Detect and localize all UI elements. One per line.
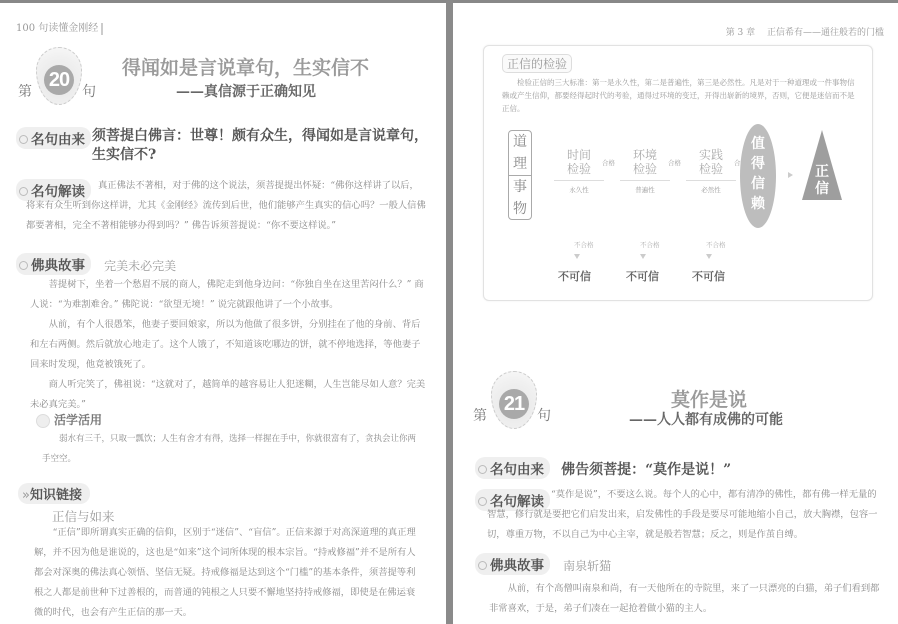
fail-label: 不合格 <box>706 240 726 249</box>
check-practice: 实践 检验 必然性 <box>690 148 732 197</box>
check-time: 时间 检验 永久性 <box>558 148 600 197</box>
box-text: 检验正信的三大标准：第一是永久性，第二是普遍性，第三是必然性。凡是对于一种道理或… <box>502 76 858 115</box>
story-label: 佛典故事 <box>16 253 91 275</box>
running-head: 100 句读懂金刚经 <box>16 19 103 35</box>
origin-label: 名句由来 <box>16 127 91 149</box>
box-title: 正信的检验 <box>502 54 572 73</box>
arrow-down-icon <box>574 254 580 259</box>
badge-prefix: 第 <box>473 405 487 425</box>
not-credible-label: 不可信 <box>692 268 725 284</box>
bullet-circle-icon <box>478 465 487 474</box>
not-credible-label: 不可信 <box>558 268 591 284</box>
double-chevron-icon: » <box>22 488 30 503</box>
knowledge-label: »知识链接 <box>18 483 90 504</box>
story-body: 菩提树下，坐着一个愁眉不展的商人，佛陀走到他身边问：“你独自坐在这里苦闷什么？”… <box>30 275 426 415</box>
interpretation-text: 真正佛法不著相，对于佛的这个说法，须菩提提出怀疑：“佛你这样讲了以后，将来有众生… <box>26 176 426 236</box>
pass-label: 合格 <box>602 158 615 167</box>
origin-quote: 佛告须菩提：“莫作是说！” <box>561 462 731 478</box>
book-title: 100 句读懂金刚经 <box>16 23 98 34</box>
info-box: 正信的检验 检验正信的三大标准：第一是永久性，第二是普遍性，第三是必然性。凡是对… <box>483 45 873 301</box>
origin-quote-line2: 生实信不? <box>92 146 432 165</box>
check-environment: 环境 检验 普遍性 <box>624 148 666 197</box>
lotus-bullet-icon <box>36 414 50 428</box>
left-page: 100 句读懂金刚经 20 第 句 得闻如是言说章句，生实信不 ——真信源于正确… <box>0 0 446 624</box>
section-title: 莫作是说 <box>671 385 747 412</box>
section-title: 得闻如是言说章句，生实信不 <box>122 53 369 80</box>
knowledge-text: “正信”即所谓真实正确的信仰，区别于“迷信”、“盲信”。正信来源于对高深道理的真… <box>34 523 424 623</box>
right-page: 第 3 章 正信希有——通往般若的门槛 正信的检验 检验正信的三大标准：第一是永… <box>453 0 898 624</box>
story-paragraph: 从前，有个人很愚笨，他妻子要回娘家，所以为他做了很多饼，分别挂在了他的身前、背后… <box>30 315 426 375</box>
fail-label: 不合格 <box>640 240 660 249</box>
arrow-down-icon <box>706 254 712 259</box>
header-bar <box>101 23 103 35</box>
story-title: 南泉斩猫 <box>563 559 611 573</box>
origin-section: 名句由来 佛告须菩提：“莫作是说！” <box>475 457 731 480</box>
origin-quote: 须菩提白佛言：世尊！颇有众生，得闻如是言说章句， 生实信不? <box>92 127 432 165</box>
bullet-circle-icon <box>478 561 487 570</box>
badge-prefix: 第 <box>18 81 32 101</box>
apply-section: 活学活用 <box>36 411 102 428</box>
origin-label: 名句由来 <box>475 457 550 479</box>
chapter-badge: 20 第 句 <box>14 47 94 107</box>
badge-number: 20 <box>44 65 74 95</box>
interpretation-text: “莫作是说”，不要这么说。每个人的心中，都有清净的佛性，都有佛一样无量的智慧，修… <box>487 485 879 545</box>
story-paragraph: 商人听完笑了，佛祖说：“这就对了，越简单的越容易让人犯迷糊，人生岂能尽如人意？完… <box>30 375 426 415</box>
story-section: 佛典故事 完美未必完美 <box>16 253 176 275</box>
story-section: 佛典故事 南泉斩猫 <box>475 553 611 575</box>
story-title: 完美未必完美 <box>104 259 176 273</box>
section-subtitle: ——人人都有成佛的可能 <box>629 409 783 429</box>
story-text: 从前，有个高僧叫南泉和尚，有一天他所在的寺院里，来了一只漂亮的白猫，弟子们看到都… <box>489 579 881 619</box>
apply-label: 活学活用 <box>54 413 102 427</box>
arrow-right-icon <box>788 172 793 178</box>
bullet-circle-icon <box>478 497 487 506</box>
badge-suffix: 句 <box>537 405 551 425</box>
running-head: 第 3 章 正信希有——通往般若的门槛 <box>726 25 884 38</box>
result-text: 正 信 <box>812 164 832 198</box>
not-credible-label: 不可信 <box>626 268 659 284</box>
trusted-oval: 值 得 信 赖 <box>740 124 776 228</box>
apply-text: 弱水有三千，只取一瓢饮；人生有舍才有得，选择一样握在手中，你就很富有了，贪执会让… <box>42 429 422 469</box>
story-paragraph: 菩提树下，坐着一个愁眉不展的商人，佛陀走到他身边问：“你独自坐在这里苦闷什么？”… <box>30 275 426 315</box>
origin-quote-line1: 须菩提白佛言：世尊！颇有众生，得闻如是言说章句， <box>92 127 432 146</box>
badge-number: 21 <box>499 389 529 419</box>
arrow-down-icon <box>640 254 646 259</box>
badge-suffix: 句 <box>82 81 96 101</box>
section-subtitle: ——真信源于正确知见 <box>176 81 316 101</box>
pass-label: 合格 <box>668 158 681 167</box>
origin-section: 名句由来 <box>16 127 91 149</box>
bullet-circle-icon <box>19 261 28 270</box>
chapter-badge: 21 第 句 <box>469 371 549 431</box>
source-box: 道 理 事 物 <box>508 130 532 220</box>
story-label: 佛典故事 <box>475 553 550 575</box>
fail-label: 不合格 <box>574 240 594 249</box>
bullet-circle-icon <box>19 135 28 144</box>
